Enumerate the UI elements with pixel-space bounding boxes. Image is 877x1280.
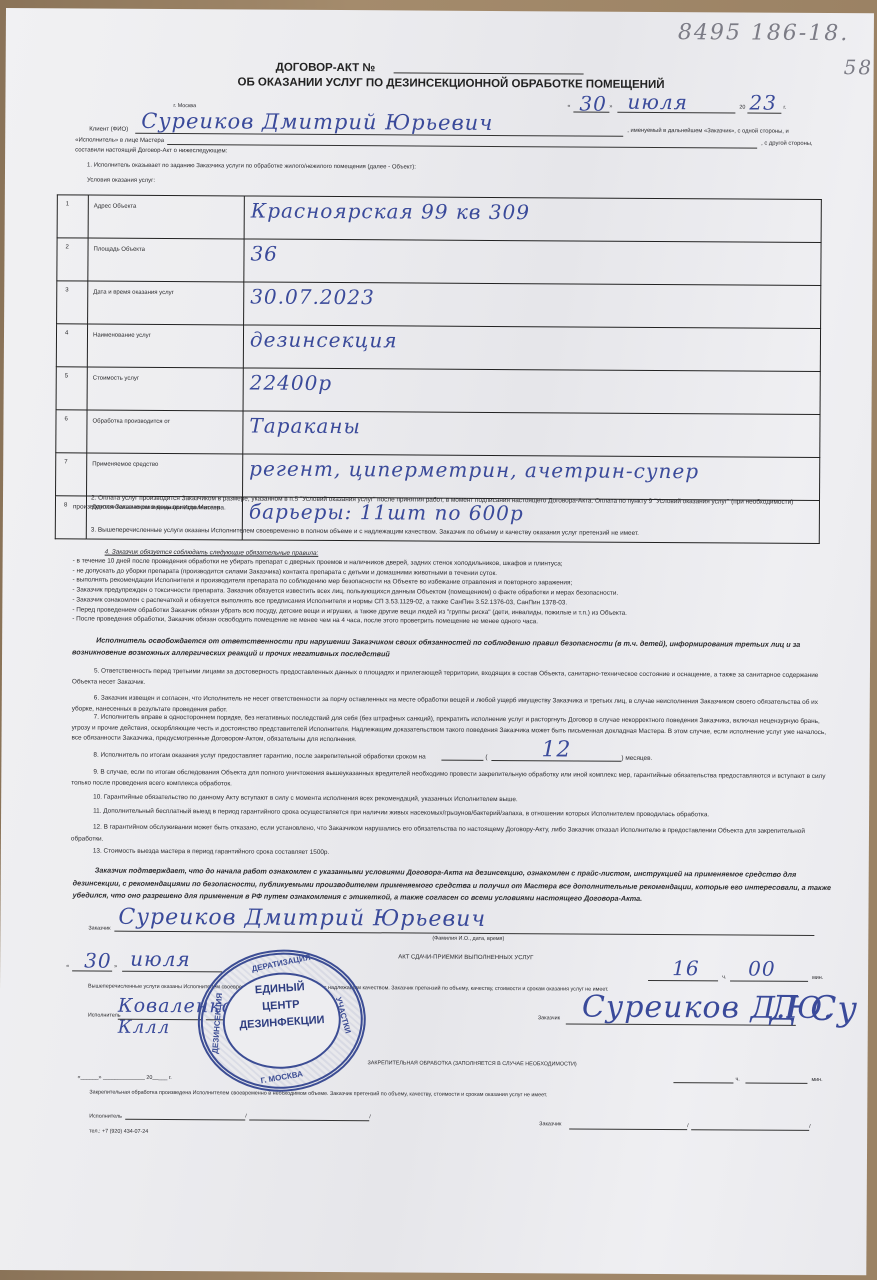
- condition-row: 4Наименование услугдезинсекция: [56, 324, 820, 372]
- condition-number: 3: [57, 281, 88, 324]
- condition-value: 30.07.2023: [250, 284, 375, 309]
- act-title: АКТ СДАЧИ-ПРИЕМКИ ВЫПОЛНЕННЫХ УСЛУГ: [398, 954, 533, 961]
- condition-row: 3Дата и время оказания услуг30.07.2023: [57, 281, 821, 329]
- condition-number: 2: [57, 238, 88, 281]
- customer-caption: (Фамилия И.О., дата, время): [432, 936, 504, 942]
- client-label: Клиент (ФИО): [89, 127, 128, 133]
- pencil-phone-note: 8495 186-18.: [678, 20, 850, 46]
- clause-5: 5. Ответственность перед третьими лицами…: [72, 665, 832, 692]
- act-month: июля: [130, 947, 191, 971]
- stamp-center-text: ЕДИНЫЙЦЕНТРДЕЗИНФЕКЦИИ: [200, 976, 361, 1037]
- condition-label: Наименование услуг: [87, 324, 243, 368]
- customer-confirmation: Заказчик подтверждает, что до начала раб…: [73, 864, 833, 906]
- condition-label: Площадь Объекта: [88, 238, 244, 282]
- clause-9: 9. В случае, если по итогам обследования…: [71, 766, 831, 793]
- customer-full-name: Суреиков Дмитрий Юрьевич: [118, 905, 486, 932]
- clause-11: 11. Дополнительный бесплатный выезд в пе…: [93, 807, 833, 821]
- act-hours: 16: [672, 956, 700, 980]
- condition-row: 6Обработка производится отТараканы: [56, 410, 820, 458]
- customer-sign-label: Заказчик: [538, 1015, 560, 1021]
- customer-label: Заказчик: [88, 926, 110, 932]
- client-suffix: , именуемый в дальнейшем «Заказчик», с о…: [627, 128, 789, 135]
- condition-label: Обработка производится от: [87, 410, 243, 454]
- pencil-note-number: 58: [844, 55, 874, 79]
- compiled-text: составили настоящий Договор-Акт о нижесл…: [75, 147, 227, 154]
- followup-date: «______» ______________ 20_____ г.: [77, 1074, 171, 1081]
- clause-1: 1. Исполнитель оказывает по заданию Зака…: [87, 162, 416, 170]
- clause-8: 8. Исполнитель по итогам оказания услуг …: [93, 751, 425, 762]
- condition-row: 1Адрес ОбъектаКрасноярская 99 кв 309: [57, 195, 821, 243]
- condition-value: дезинсекция: [250, 327, 398, 352]
- condition-label: Стоимость услуг: [87, 367, 243, 411]
- warranty-months: 12: [541, 737, 571, 762]
- conditions-title: Условия оказания услуг:: [87, 177, 155, 183]
- condition-label: Адрес Объекта: [88, 195, 244, 239]
- clause-10: 10. Гарантийные обязательство по данному…: [93, 793, 833, 807]
- condition-number: 5: [56, 367, 87, 410]
- condition-value: 36: [250, 241, 278, 265]
- executor-sign-label: Исполнитель: [88, 1013, 121, 1019]
- condition-value: Тараканы: [249, 413, 360, 438]
- condition-label: Применяемое средство: [87, 453, 243, 497]
- followup-customer-label: Заказчик: [539, 1121, 561, 1127]
- condition-value: Красноярская 99 кв 309: [251, 198, 530, 224]
- client-name: Суреиков Дмитрий Юрьевич: [141, 109, 493, 135]
- contract-date: « 30 » июля 20 23 г.: [565, 91, 825, 117]
- condition-number: 4: [56, 324, 87, 367]
- followup-title: ЗАКРЕПИТЕЛЬНАЯ ОБРАБОТКА (ЗАПОЛНЯЕТСЯ В …: [368, 1060, 577, 1067]
- condition-value: регент, циперметрин, ачетрин-супер: [249, 456, 699, 483]
- act-day: 30: [84, 948, 112, 972]
- clause-4-list: - в течение 10 дней после проведения обр…: [72, 556, 832, 629]
- condition-number: 1: [57, 195, 88, 238]
- followup-executor-label: Исполнитель: [89, 1114, 122, 1120]
- executor-label: «Исполнитель» в лице Мастера: [75, 137, 164, 144]
- contract-title: ОБ ОКАЗАНИИ УСЛУГ ПО ДЕЗИНСЕКЦИОННОЙ ОБР…: [238, 76, 665, 91]
- contract-number-field: [394, 72, 584, 74]
- liability-note: Исполнитель освобождается от ответственн…: [72, 634, 832, 663]
- condition-row: 2Площадь Объекта36: [57, 238, 821, 286]
- company-stamp: ДЕРАТИЗАЦИЯ ДЕЗИНСЕКЦИЯ УЧАСТКИ Г. МОСКВ…: [193, 945, 370, 1097]
- clause-12: 12. В гарантийном обслуживании может быт…: [71, 821, 831, 850]
- followup-text: Закрепительная обработка произведена Исп…: [89, 1090, 809, 1100]
- act-minutes: 00: [748, 957, 776, 981]
- condition-number: 6: [56, 410, 87, 453]
- conditions-table: 1Адрес ОбъектаКрасноярская 99 кв 3092Пло…: [55, 194, 822, 544]
- clause-7: 7. Исполнитель вправе в одностороннем по…: [72, 712, 832, 748]
- contract-number-label: ДОГОВОР-АКТ №: [276, 62, 376, 75]
- condition-number: 7: [56, 453, 87, 496]
- phone-number: тел.: +7 (920) 434-07-24: [89, 1129, 148, 1135]
- condition-row: 5Стоимость услуг22400р: [56, 367, 820, 415]
- condition-label: Дата и время оказания услуг: [88, 281, 244, 325]
- condition-value: 22400р: [250, 370, 333, 395]
- contract-paper: 8495 186-18. 58 ДОГОВОР-АКТ № ОБ ОКАЗАНИ…: [0, 8, 874, 1275]
- executor-suffix: , с другой стороны,: [761, 141, 812, 147]
